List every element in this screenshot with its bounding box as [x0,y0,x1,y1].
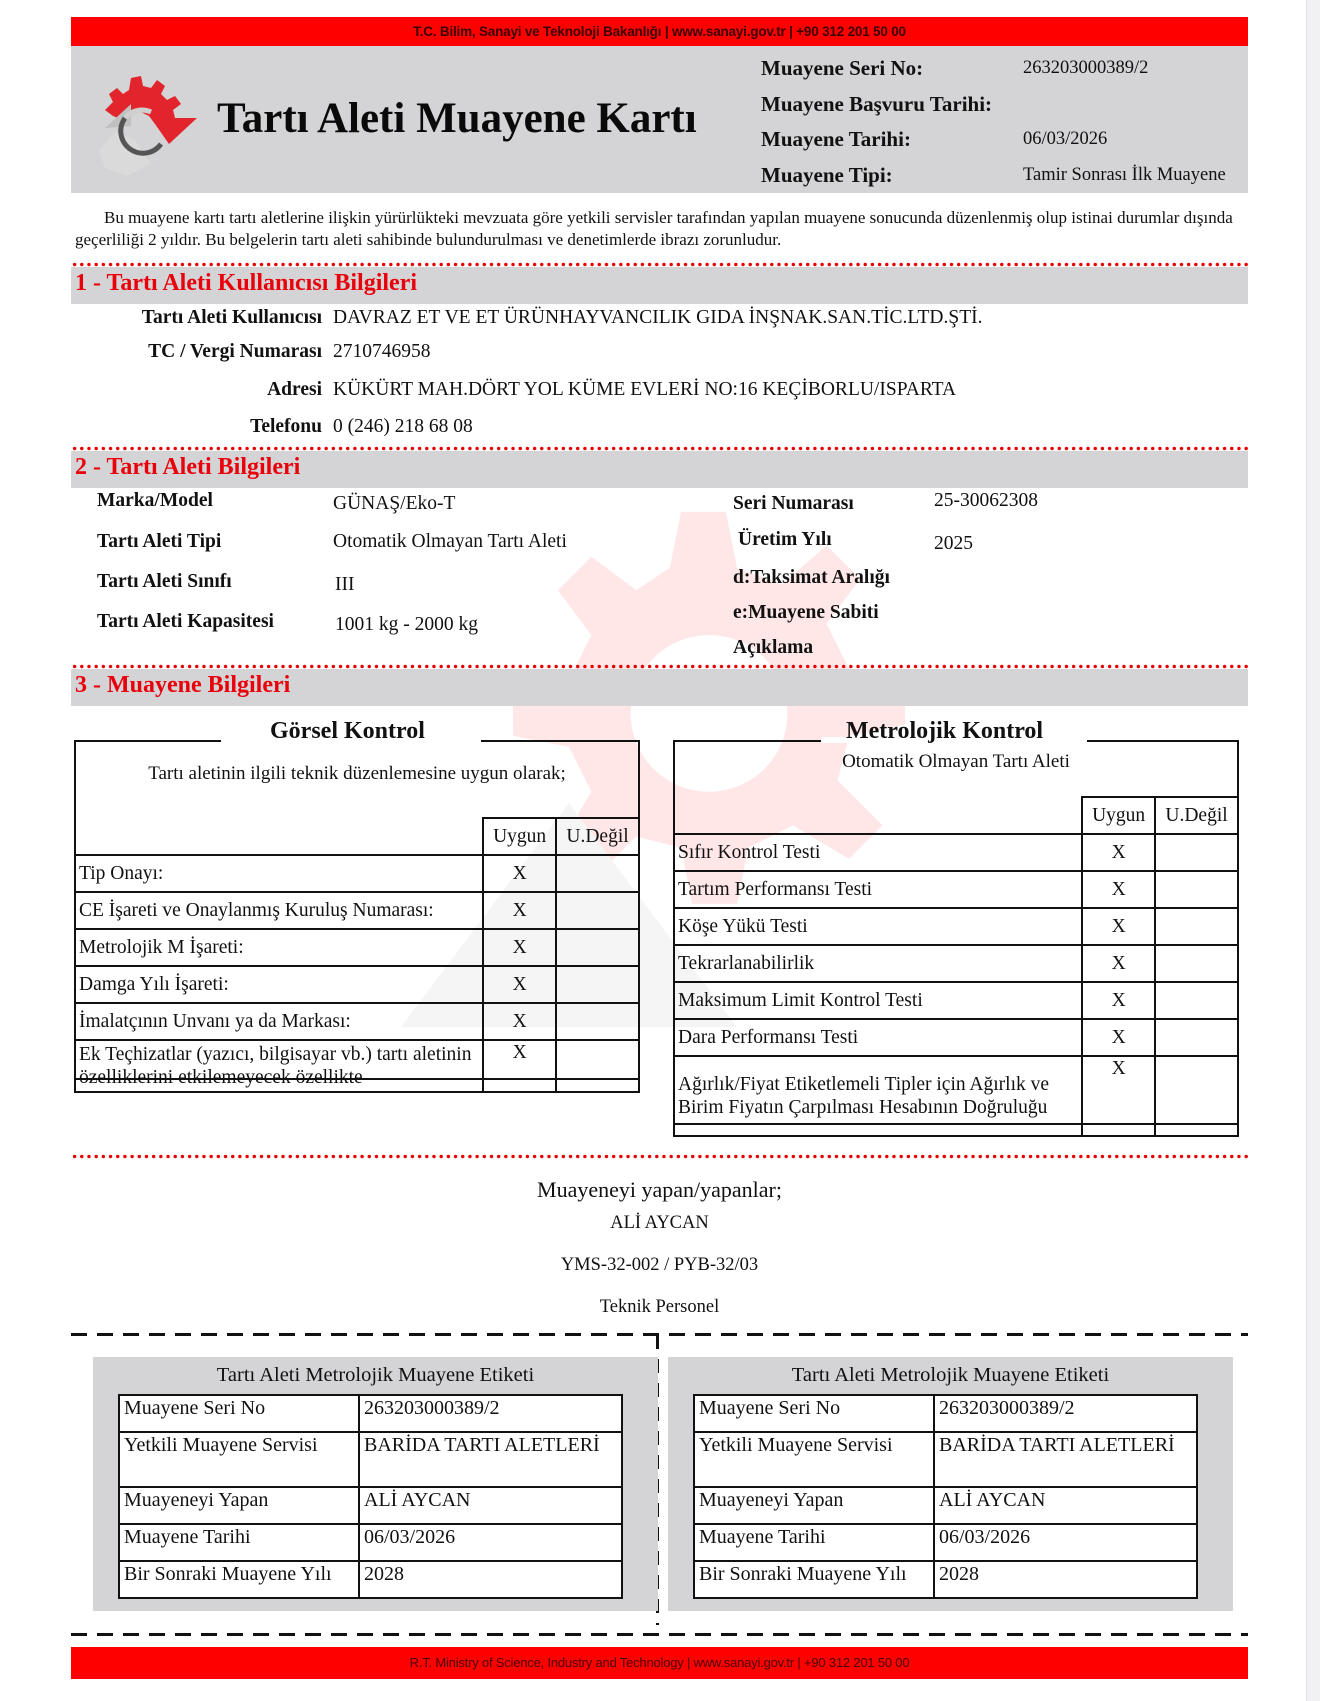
intro-text: Bu muayene kartı tartı aletlerine ilişki… [75,207,1245,251]
check-ok-cell: X [483,1003,556,1040]
field-label: e:Muayene Sabiti [733,602,879,624]
cut-line-top [71,1333,1248,1336]
section-title: 2 - Tartı Aleti Bilgileri [75,454,300,481]
label-field: Muayene Seri No [694,1395,934,1432]
device-type-value: Otomatik Olmayan Tartı Aleti [333,531,567,553]
check-row: İmalatçının Unvanı ya da Markası:X [75,1003,639,1040]
metrology-control-table: Uygun U.Değil Sıfır Kontrol TestiXTartım… [673,796,1239,1137]
label-value: BARİDA TARTI ALETLERİ [934,1432,1197,1487]
check-label: Tartım Performansı Testi [674,871,1082,908]
check-nok-cell [1155,908,1238,945]
label-value: 263203000389/2 [934,1395,1197,1432]
inspector-heading: Muayeneyi yapan/yapanlar; [71,1177,1248,1203]
label-field: Muayene Tarihi [119,1524,359,1561]
label-card-title: Tartı Aleti Metrolojik Muayene Etiketi [93,1364,658,1387]
gear-arrow-logo-icon [91,68,201,178]
inspector-code: YMS-32-002 / PYB-32/03 [71,1255,1248,1276]
label-value: 06/03/2026 [359,1524,622,1561]
tax-number-value: 2710746958 [333,341,431,363]
check-label: Ek Teçhizatlar (yazıcı, bilgisayar vb.) … [75,1040,483,1092]
check-row: Dara Performansı TestiX [674,1019,1238,1056]
label-field: Yetkili Muayene Servisi [119,1432,359,1487]
field-label: Tartı Aleti Sınıfı [97,571,232,593]
metrology-control-title: Metrolojik Kontrol [846,718,1043,745]
address-value: KÜKÜRT MAH.DÖRT YOL KÜME EVLERİ NO:16 KE… [333,379,956,401]
check-ok-cell: X [1082,834,1155,871]
scrollbar[interactable] [1306,0,1320,1701]
label-value: 263203000389/2 [359,1395,622,1432]
label-field: Muayeneyi Yapan [694,1487,934,1524]
check-row: Ağırlık/Fiyat Etiketlemeli Tipler için A… [674,1056,1238,1136]
label-row: Muayene Seri No263203000389/2 [119,1395,622,1432]
top-banner: T.C. Bilim, Sanayi ve Teknoloji Bakanlığ… [71,17,1248,46]
check-ok-cell: X [483,892,556,929]
col-nok-header: U.Değil [556,818,639,855]
check-label: Tip Onayı: [75,855,483,892]
meta-label: Muayene Başvuru Tarihi: [761,92,992,117]
user-name-value: DAVRAZ ET VE ET ÜRÜNHAYVANCILIK GIDA İNŞ… [333,307,983,329]
inspector-role: Teknik Personel [71,1297,1248,1318]
check-ok-cell: X [483,929,556,966]
metrology-control-subtitle: Otomatik Olmayan Tartı Aleti [673,751,1239,773]
check-label: Sıfır Kontrol Testi [674,834,1082,871]
inspection-label-card-left: Tartı Aleti Metrolojik Muayene Etiketi M… [93,1357,658,1611]
inspector-name: ALİ AYCAN [71,1213,1248,1234]
check-nok-cell [556,1003,639,1040]
meta-serial-no: Muayene Seri No: 263203000389/2 [761,50,1241,86]
field-label: TC / Vergi Numarası [148,341,322,363]
label-field: Bir Sonraki Muayene Yılı [694,1561,934,1598]
label-value: ALİ AYCAN [934,1487,1197,1524]
label-field: Muayene Seri No [119,1395,359,1432]
check-ok-cell: X [1082,871,1155,908]
check-ok-cell: X [1082,982,1155,1019]
label-row: Muayene Tarihi06/03/2026 [694,1524,1197,1561]
check-ok-cell: X [1082,1056,1155,1136]
check-nok-cell [556,855,639,892]
check-row: Maksimum Limit Kontrol TestiX [674,982,1238,1019]
card-meta: Muayene Seri No: 263203000389/2 Muayene … [761,50,1241,192]
check-label: İmalatçının Unvanı ya da Markası: [75,1003,483,1040]
col-ok-header: Uygun [483,818,556,855]
check-row: Köşe Yükü TestiX [674,908,1238,945]
check-label: Tekrarlanabilirlik [674,945,1082,982]
check-nok-cell [1155,982,1238,1019]
meta-value: 06/03/2026 [1023,129,1107,150]
label-row: Muayeneyi YapanALİ AYCAN [694,1487,1197,1524]
label-table: Muayene Seri No263203000389/2Yetkili Mua… [118,1394,623,1599]
field-label: Tartı Aleti Kullanıcısı [142,307,322,329]
bottom-banner: R.T. Ministry of Science, Industry and T… [71,1647,1248,1679]
capacity-value: 1001 kg - 2000 kg [335,614,478,636]
meta-inspection-type: Muayene Tipi: Tamir Sonrası İlk Muayene [761,157,1241,193]
check-row: Tartım Performansı TestiX [674,871,1238,908]
check-nok-cell [1155,1056,1238,1136]
meta-inspection-date: Muayene Tarihi: 06/03/2026 [761,121,1241,157]
section-title: 3 - Muayene Bilgileri [75,672,290,699]
visual-control-subtitle: Tartı aletinin ilgili teknik düzenlemesi… [71,763,643,785]
label-value: 2028 [934,1561,1197,1598]
label-row: Muayeneyi YapanALİ AYCAN [119,1487,622,1524]
label-row: Muayene Tarihi06/03/2026 [119,1524,622,1561]
check-ok-cell: X [483,1040,556,1092]
check-row: Metrolojik M İşareti:X [75,929,639,966]
check-nok-cell [556,892,639,929]
check-ok-cell: X [483,966,556,1003]
section-inspection-header: 3 - Muayene Bilgileri [71,669,1248,706]
check-nok-cell [556,929,639,966]
check-row: TekrarlanabilirlikX [674,945,1238,982]
col-ok-header: Uygun [1082,797,1155,834]
field-label: Seri Numarası [733,493,854,515]
check-row: Sıfır Kontrol TestiX [674,834,1238,871]
label-card-title: Tartı Aleti Metrolojik Muayene Etiketi [668,1364,1233,1387]
label-table: Muayene Seri No263203000389/2Yetkili Mua… [693,1394,1198,1599]
field-label: Açıklama [733,637,813,659]
field-label: d:Taksimat Aralığı [733,567,890,589]
meta-label: Muayene Tipi: [761,163,893,188]
dotted-divider [71,1154,1248,1159]
check-label: Metrolojik M İşareti: [75,929,483,966]
field-label: Telefonu [250,416,322,438]
check-label: Maksimum Limit Kontrol Testi [674,982,1082,1019]
check-label: Damga Yılı İşareti: [75,966,483,1003]
check-label: Dara Performansı Testi [674,1019,1082,1056]
check-nok-cell [1155,834,1238,871]
cut-line-bottom [71,1633,1248,1636]
section-user-info-header: 1 - Tartı Aleti Kullanıcısı Bilgileri [71,267,1248,304]
device-class-value: III [335,574,354,596]
check-label: Ağırlık/Fiyat Etiketlemeli Tipler için A… [674,1056,1082,1136]
field-label: Üretim Yılı [738,529,832,551]
serial-number-value: 25-30062308 [934,490,1038,512]
meta-label: Muayene Seri No: [761,56,923,81]
phone-value: 0 (246) 218 68 08 [333,416,473,438]
label-field: Muayeneyi Yapan [119,1487,359,1524]
brand-model-value: GÜNAŞ/Eko-T [333,493,455,515]
label-value: 06/03/2026 [934,1524,1197,1561]
label-value: BARİDA TARTI ALETLERİ [359,1432,622,1487]
col-nok-header: U.Değil [1155,797,1238,834]
visual-control-title: Görsel Kontrol [270,718,425,745]
field-label: Tartı Aleti Tipi [97,531,221,553]
inspection-label-card-right: Tartı Aleti Metrolojik Muayene Etiketi M… [668,1357,1233,1611]
check-label: CE İşareti ve Onaylanmış Kuruluş Numaras… [75,892,483,929]
check-nok-cell [556,966,639,1003]
field-label: Tartı Aleti Kapasitesi [97,611,274,633]
section-device-info-header: 2 - Tartı Aleti Bilgileri [71,451,1248,488]
production-year-value: 2025 [934,533,973,555]
meta-label: Muayene Tarihi: [761,127,911,152]
field-label: Marka/Model [97,490,213,512]
card-title: Tartı Aleti Muayene Kartı [217,94,697,143]
check-nok-cell [1155,871,1238,908]
meta-value: 263203000389/2 [1023,58,1148,79]
check-nok-cell [1155,945,1238,982]
meta-application-date: Muayene Başvuru Tarihi: [761,86,1241,122]
check-ok-cell: X [1082,1019,1155,1056]
card-header: Tartı Aleti Muayene Kartı Muayene Seri N… [71,46,1248,193]
visual-control-table: Uygun U.Değil Tip Onayı:XCE İşareti ve O… [74,817,640,1093]
check-row: Ek Teçhizatlar (yazıcı, bilgisayar vb.) … [75,1040,639,1092]
label-row: Yetkili Muayene ServisiBARİDA TARTI ALET… [694,1432,1197,1487]
check-nok-cell [556,1040,639,1092]
field-label: Adresi [267,379,322,401]
check-ok-cell: X [1082,908,1155,945]
inspection-card: T.C. Bilim, Sanayi ve Teknoloji Bakanlığ… [71,17,1248,1687]
label-value: ALİ AYCAN [359,1487,622,1524]
check-row: CE İşareti ve Onaylanmış Kuruluş Numaras… [75,892,639,929]
label-field: Bir Sonraki Muayene Yılı [119,1561,359,1598]
check-nok-cell [1155,1019,1238,1056]
check-row: Tip Onayı:X [75,855,639,892]
meta-value: Tamir Sonrası İlk Muayene [1023,165,1226,186]
check-row: Damga Yılı İşareti:X [75,966,639,1003]
label-row: Muayene Seri No263203000389/2 [694,1395,1197,1432]
label-row: Bir Sonraki Muayene Yılı2028 [694,1561,1197,1598]
label-field: Muayene Tarihi [694,1524,934,1561]
check-ok-cell: X [483,855,556,892]
check-ok-cell: X [1082,945,1155,982]
label-row: Bir Sonraki Muayene Yılı2028 [119,1561,622,1598]
label-row: Yetkili Muayene ServisiBARİDA TARTI ALET… [119,1432,622,1487]
label-value: 2028 [359,1561,622,1598]
label-field: Yetkili Muayene Servisi [694,1432,934,1487]
section-title: 1 - Tartı Aleti Kullanıcısı Bilgileri [75,270,417,297]
check-label: Köşe Yükü Testi [674,908,1082,945]
